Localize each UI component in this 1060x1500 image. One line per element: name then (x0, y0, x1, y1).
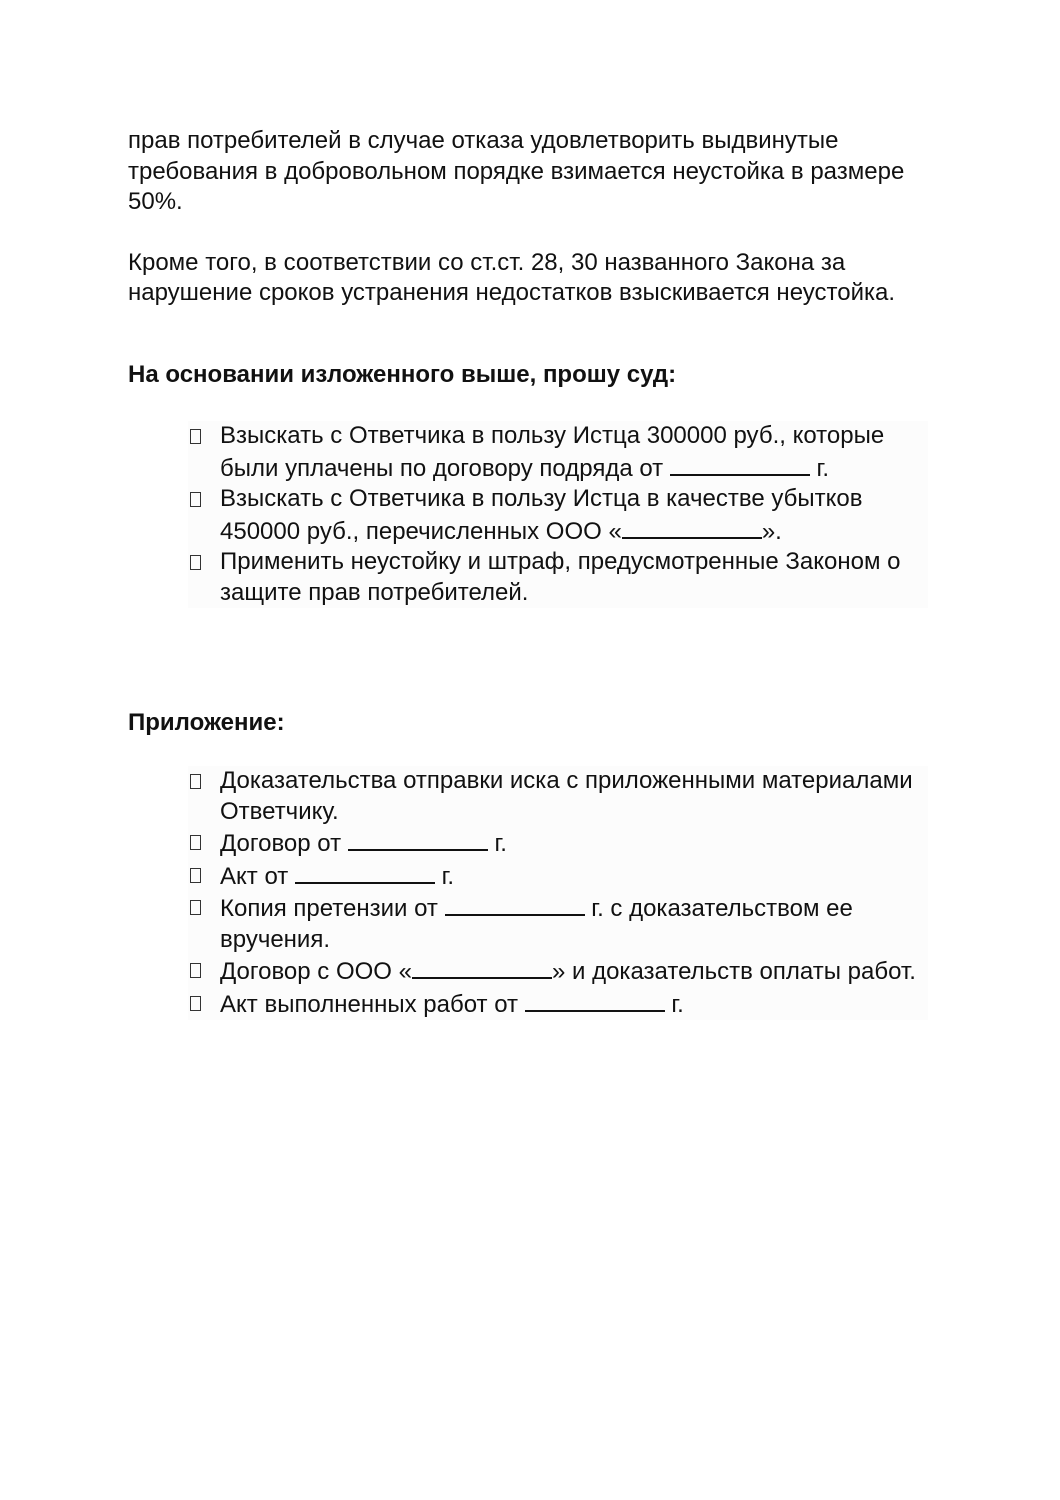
appendix-list: Доказательства отправки иска с приложенн… (188, 766, 928, 1020)
appendix-item: Договор с ООО «» и доказательств оплаты … (188, 955, 928, 988)
appendix-heading: Приложение: (128, 708, 285, 738)
blank-field (412, 955, 552, 979)
bullet-box-icon (190, 996, 201, 1011)
bullet-box-icon (190, 555, 201, 570)
bullet-box-icon (190, 492, 201, 507)
request-list: Взыскать с Ответчика в пользу Истца 3000… (188, 421, 928, 608)
bullet-box-icon (190, 963, 201, 978)
bullet-box-icon (190, 900, 201, 915)
blank-field (622, 515, 762, 539)
appendix-item: Копия претензии от г. с доказательством … (188, 892, 928, 955)
request-item: Применить неустойку и штраф, предусмотре… (188, 547, 928, 608)
blank-field (525, 988, 665, 1012)
bullet-box-icon (190, 835, 201, 850)
blank-field (670, 452, 810, 476)
blank-field (445, 892, 585, 916)
bullet-box-icon (190, 868, 201, 883)
bullet-box-icon (190, 429, 201, 444)
appendix-item: Акт выполненных работ от г. (188, 988, 928, 1021)
appendix-item: Акт от г. (188, 860, 928, 893)
paragraph-articles-28-30: Кроме того, в соответствии со ст.ст. 28,… (128, 248, 928, 309)
request-heading: На основании изложенного выше, прошу суд… (128, 360, 676, 390)
request-item: Взыскать с Ответчика в пользу Истца 3000… (188, 421, 928, 484)
appendix-item: Договор от г. (188, 827, 928, 860)
paragraph-penalty-50: прав потребителей в случае отказа удовле… (128, 126, 928, 218)
blank-field (295, 860, 435, 884)
document-page: прав потребителей в случае отказа удовле… (128, 126, 928, 309)
appendix-item: Доказательства отправки иска с приложенн… (188, 766, 928, 827)
bullet-box-icon (190, 774, 201, 789)
request-item: Взыскать с Ответчика в пользу Истца в ка… (188, 484, 928, 547)
blank-field (348, 827, 488, 851)
